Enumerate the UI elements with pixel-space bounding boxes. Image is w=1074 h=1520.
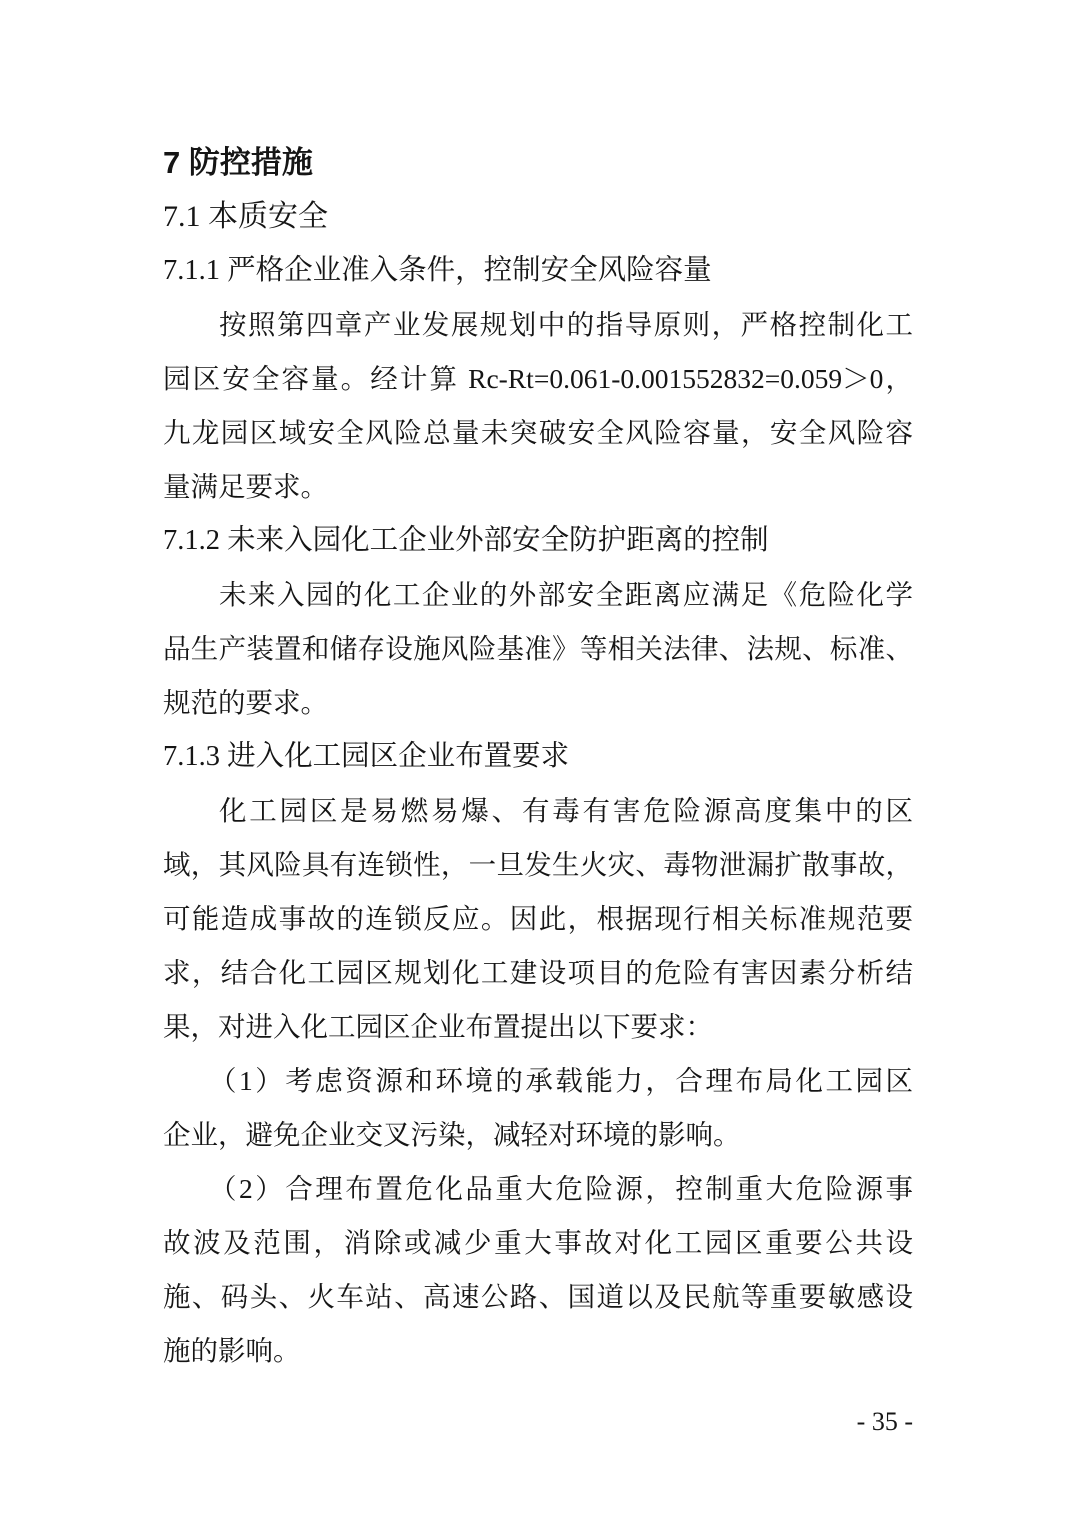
chapter-heading: 7 防控措施 bbox=[163, 136, 913, 190]
page-number: - 35 - bbox=[163, 1400, 913, 1444]
paragraph-line: 施、码头、火车站、高速公路、国道以及民航等重要敏感设 bbox=[163, 1270, 913, 1324]
paragraph-last-line: 量满足要求。 bbox=[163, 460, 913, 514]
subsection-heading: 7.1.1 严格企业准入条件，控制安全风险容量 bbox=[163, 244, 913, 298]
paragraph-last-line: 企业，避免企业交叉污染，减轻对环境的影响。 bbox=[163, 1108, 913, 1162]
paragraph-last-line: 规范的要求。 bbox=[163, 676, 913, 730]
paragraph-line: 九龙园区域安全风险总量未突破安全风险容量，安全风险容 bbox=[163, 406, 913, 460]
subsection-heading: 7.1.3 进入化工园区企业布置要求 bbox=[163, 730, 913, 784]
numbered-item-first-line: （1）考虑资源和环境的承载能力，合理布局化工园区 bbox=[163, 1054, 913, 1108]
paragraph-line: 域，其风险具有连锁性，一旦发生火灾、毒物泄漏扩散事故， bbox=[163, 838, 913, 892]
paragraph-line: 园区安全容量。经计算 Rc-Rt=0.061-0.001552832=0.059… bbox=[163, 352, 913, 406]
paragraph-last-line: 施的影响。 bbox=[163, 1324, 913, 1378]
paragraph-line: 故波及范围，消除或减少重大事故对化工园区重要公共设 bbox=[163, 1216, 913, 1270]
paragraph-line: 求，结合化工园区规划化工建设项目的危险有害因素分析结 bbox=[163, 946, 913, 1000]
numbered-item-first-line: （2）合理布置危化品重大危险源，控制重大危险源事 bbox=[163, 1162, 913, 1216]
document-page: 7 防控措施7.1 本质安全7.1.1 严格企业准入条件，控制安全风险容量按照第… bbox=[0, 0, 1074, 1520]
section-heading: 7.1 本质安全 bbox=[163, 190, 913, 244]
paragraph-first-line: 化工园区是易燃易爆、有毒有害危险源高度集中的区 bbox=[163, 784, 913, 838]
subsection-heading: 7.1.2 未来入园化工企业外部安全防护距离的控制 bbox=[163, 514, 913, 568]
paragraph-line: 可能造成事故的连锁反应。因此，根据现行相关标准规范要 bbox=[163, 892, 913, 946]
paragraph-first-line: 未来入园的化工企业的外部安全距离应满足《危险化学 bbox=[163, 568, 913, 622]
paragraph-last-line: 果，对进入化工园区企业布置提出以下要求： bbox=[163, 1000, 913, 1054]
paragraph-first-line: 按照第四章产业发展规划中的指导原则，严格控制化工 bbox=[163, 298, 913, 352]
document-text-block: 7 防控措施7.1 本质安全7.1.1 严格企业准入条件，控制安全风险容量按照第… bbox=[163, 136, 913, 1378]
paragraph-line: 品生产装置和储存设施风险基准》等相关法律、法规、标准、 bbox=[163, 622, 913, 676]
